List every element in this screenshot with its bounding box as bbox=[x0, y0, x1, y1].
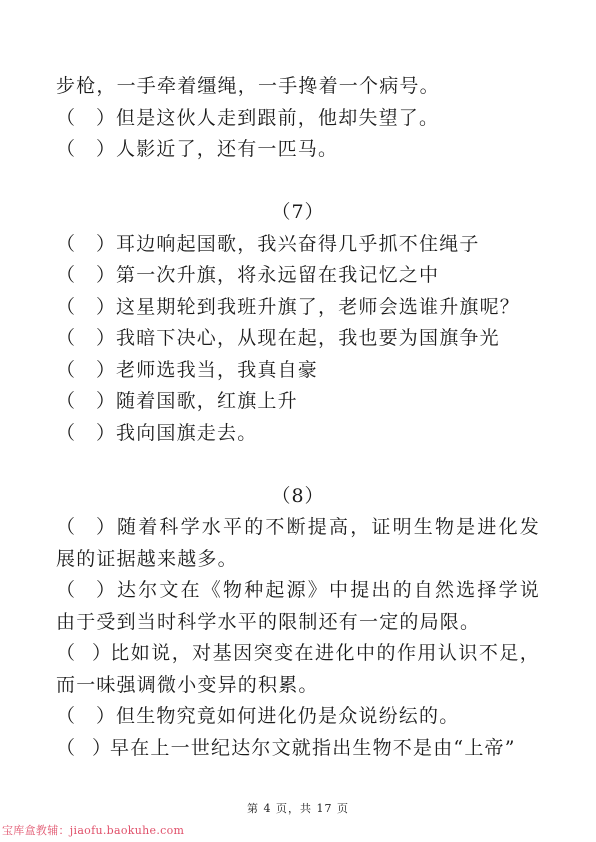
ordering-item: （）人影近了，还有一匹马。 bbox=[56, 134, 540, 166]
ordering-item: （）但生物究竟如何进化仍是众说纷纭的。 bbox=[56, 701, 540, 733]
answer-blank[interactable]: （） bbox=[56, 386, 116, 418]
item-text: 第一次升旗，将永远留在我记忆之中 bbox=[116, 264, 439, 286]
ordering-item: （）我暗下决心，从现在起，我也要为国旗争光 bbox=[56, 323, 540, 355]
item-text: 我向国旗走去。 bbox=[116, 422, 257, 444]
continuation-line: 步枪，一手牵着缰绳，一手搀着一个病号。 bbox=[56, 71, 540, 103]
answer-blank[interactable]: （） bbox=[56, 260, 116, 292]
item-text: 老师选我当，我真自豪 bbox=[116, 359, 318, 381]
item-text: 但生物究竟如何进化仍是众说纷纭的。 bbox=[116, 705, 459, 727]
answer-blank[interactable]: （） bbox=[56, 229, 116, 261]
answer-blank[interactable]: （） bbox=[56, 575, 116, 607]
ordering-item: （）这星期轮到我班升旗了，老师会选谁升旗呢？ bbox=[56, 292, 540, 324]
page-content: 步枪，一手牵着缰绳，一手搀着一个病号。 （）但是这伙人走到跟前，他却失望了。 （… bbox=[56, 71, 540, 764]
ordering-item: （）随着国歌，红旗上升 bbox=[56, 386, 540, 418]
item-text: 达尔文在《物种起源》中提出的自然选择学说由于受到当时科学水平的限制还有一定的局限… bbox=[56, 579, 540, 633]
ordering-item: （）随着科学水平的不断提高，证明生物是进化发展的证据越来越多。 bbox=[56, 512, 540, 575]
answer-blank[interactable]: （） bbox=[56, 733, 110, 765]
ordering-item: （）老师选我当，我真自豪 bbox=[56, 355, 540, 387]
item-text: 耳边响起国歌，我兴奋得几乎抓不住绳子 bbox=[116, 233, 480, 255]
answer-blank[interactable]: （） bbox=[56, 103, 116, 135]
item-text: 早在上一世纪达尔文就指出生物不是由“上帝” bbox=[110, 737, 516, 759]
ordering-item: （）但是这伙人走到跟前，他却失望了。 bbox=[56, 103, 540, 135]
ordering-item: （）耳边响起国歌，我兴奋得几乎抓不住绳子 bbox=[56, 229, 540, 261]
answer-blank[interactable]: （） bbox=[56, 638, 110, 670]
ordering-item: （）比如说，对基因突变在进化中的作用认识不足，而一味强调微小变异的积累。 bbox=[56, 638, 540, 701]
answer-blank[interactable]: （） bbox=[56, 355, 116, 387]
item-text: 我暗下决心，从现在起，我也要为国旗争光 bbox=[116, 327, 500, 349]
watermark-link[interactable]: 宝库盒教辅：jiaofu.baokuhe.com bbox=[2, 822, 184, 838]
spacer bbox=[56, 449, 540, 481]
item-text: 随着科学水平的不断提高，证明生物是进化发展的证据越来越多。 bbox=[56, 516, 540, 570]
ordering-item: （）早在上一世纪达尔文就指出生物不是由“上帝” bbox=[56, 733, 540, 765]
item-text: 随着国歌，红旗上升 bbox=[116, 390, 298, 412]
answer-blank[interactable]: （） bbox=[56, 701, 116, 733]
item-text: 比如说，对基因突变在进化中的作用认识不足，而一味强调微小变异的积累。 bbox=[56, 642, 540, 696]
item-text: 这星期轮到我班升旗了，老师会选谁升旗呢？ bbox=[116, 296, 520, 318]
answer-blank[interactable]: （） bbox=[56, 134, 116, 166]
item-text: 人影近了，还有一匹马。 bbox=[116, 138, 338, 160]
ordering-item: （）我向国旗走去。 bbox=[56, 418, 540, 450]
ordering-item: （）第一次升旗，将永远留在我记忆之中 bbox=[56, 260, 540, 292]
answer-blank[interactable]: （） bbox=[56, 512, 116, 544]
document-page: 步枪，一手牵着缰绳，一手搀着一个病号。 （）但是这伙人走到跟前，他却失望了。 （… bbox=[0, 0, 596, 842]
section-title-7: （7） bbox=[56, 197, 540, 229]
page-number-footer: 第 4 页，共 17 页 bbox=[0, 800, 596, 816]
answer-blank[interactable]: （） bbox=[56, 292, 116, 324]
section-title-8: （8） bbox=[56, 481, 540, 513]
ordering-item: （）达尔文在《物种起源》中提出的自然选择学说由于受到当时科学水平的限制还有一定的… bbox=[56, 575, 540, 638]
spacer bbox=[56, 166, 540, 198]
answer-blank[interactable]: （） bbox=[56, 323, 116, 355]
answer-blank[interactable]: （） bbox=[56, 418, 116, 450]
item-text: 但是这伙人走到跟前，他却失望了。 bbox=[116, 107, 439, 129]
